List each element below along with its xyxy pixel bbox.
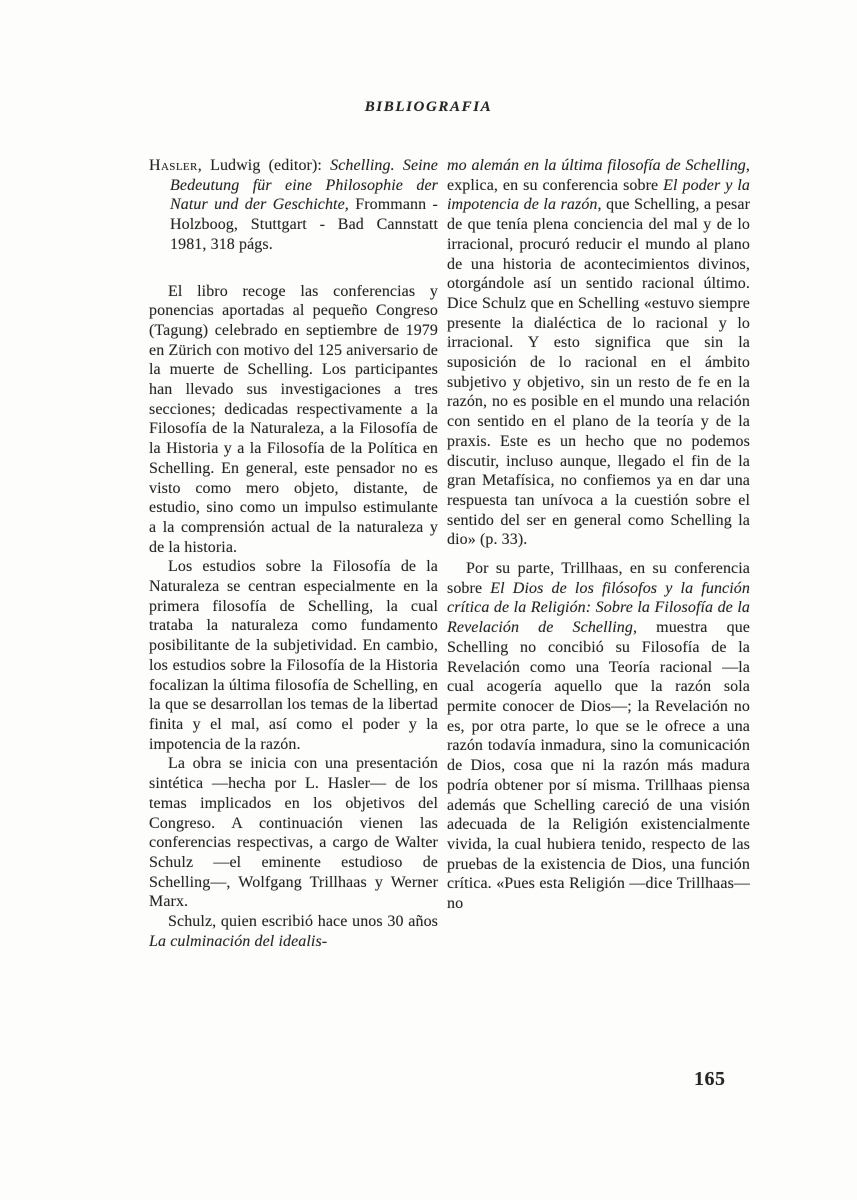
left-paragraph-4: Schulz, quien escribió hace unos 30 años… [149,912,438,951]
column-right: mo alemán en la última filosofía de Sche… [447,156,750,951]
left-paragraph-3: La obra se inicia con una presentación s… [149,754,438,912]
text-segment: Los estudios sobre la Filosofía de la Na… [149,558,438,752]
text-segment: La obra se inicia con una presentación s… [149,755,438,910]
text-segment: Schulz, quien escribió hace unos 30 años [168,913,438,930]
text-segment: , Ludwig (editor): [198,157,330,174]
page-header: BIBLIOGRAFIA [0,99,857,116]
left-paragraph-1: El libro recoge las conferencias y ponen… [149,282,438,558]
left-paragraph-2: Los estudios sobre la Filosofía de la Na… [149,557,438,754]
page-number: 165 [694,1068,726,1091]
right-paragraph-1: Por su parte, Trillhaas, en su conferenc… [447,559,750,914]
scanned-page: BIBLIOGRAFIA Hasler, Ludwig (editor): Sc… [0,0,857,1200]
column-left: Hasler, Ludwig (editor): Schelling. Sein… [149,156,438,951]
text-segment: Hasler [149,157,198,174]
text-columns: Hasler, Ludwig (editor): Schelling. Sein… [149,156,750,951]
text-segment: mo alemán en la última filosofía de Sche… [447,157,746,174]
text-segment: La culminación del idealis- [149,933,327,950]
left-entry-0: Hasler, Ludwig (editor): Schelling. Sein… [149,156,438,255]
text-segment: El libro recoge las conferencias y ponen… [149,283,438,556]
text-segment: , muestra que Schelling no concibió su F… [447,619,750,912]
right-paragraph-continuation-0: mo alemán en la última filosofía de Sche… [447,156,750,550]
text-segment: , que Schelling, a pesar de que tenía pl… [447,196,750,548]
